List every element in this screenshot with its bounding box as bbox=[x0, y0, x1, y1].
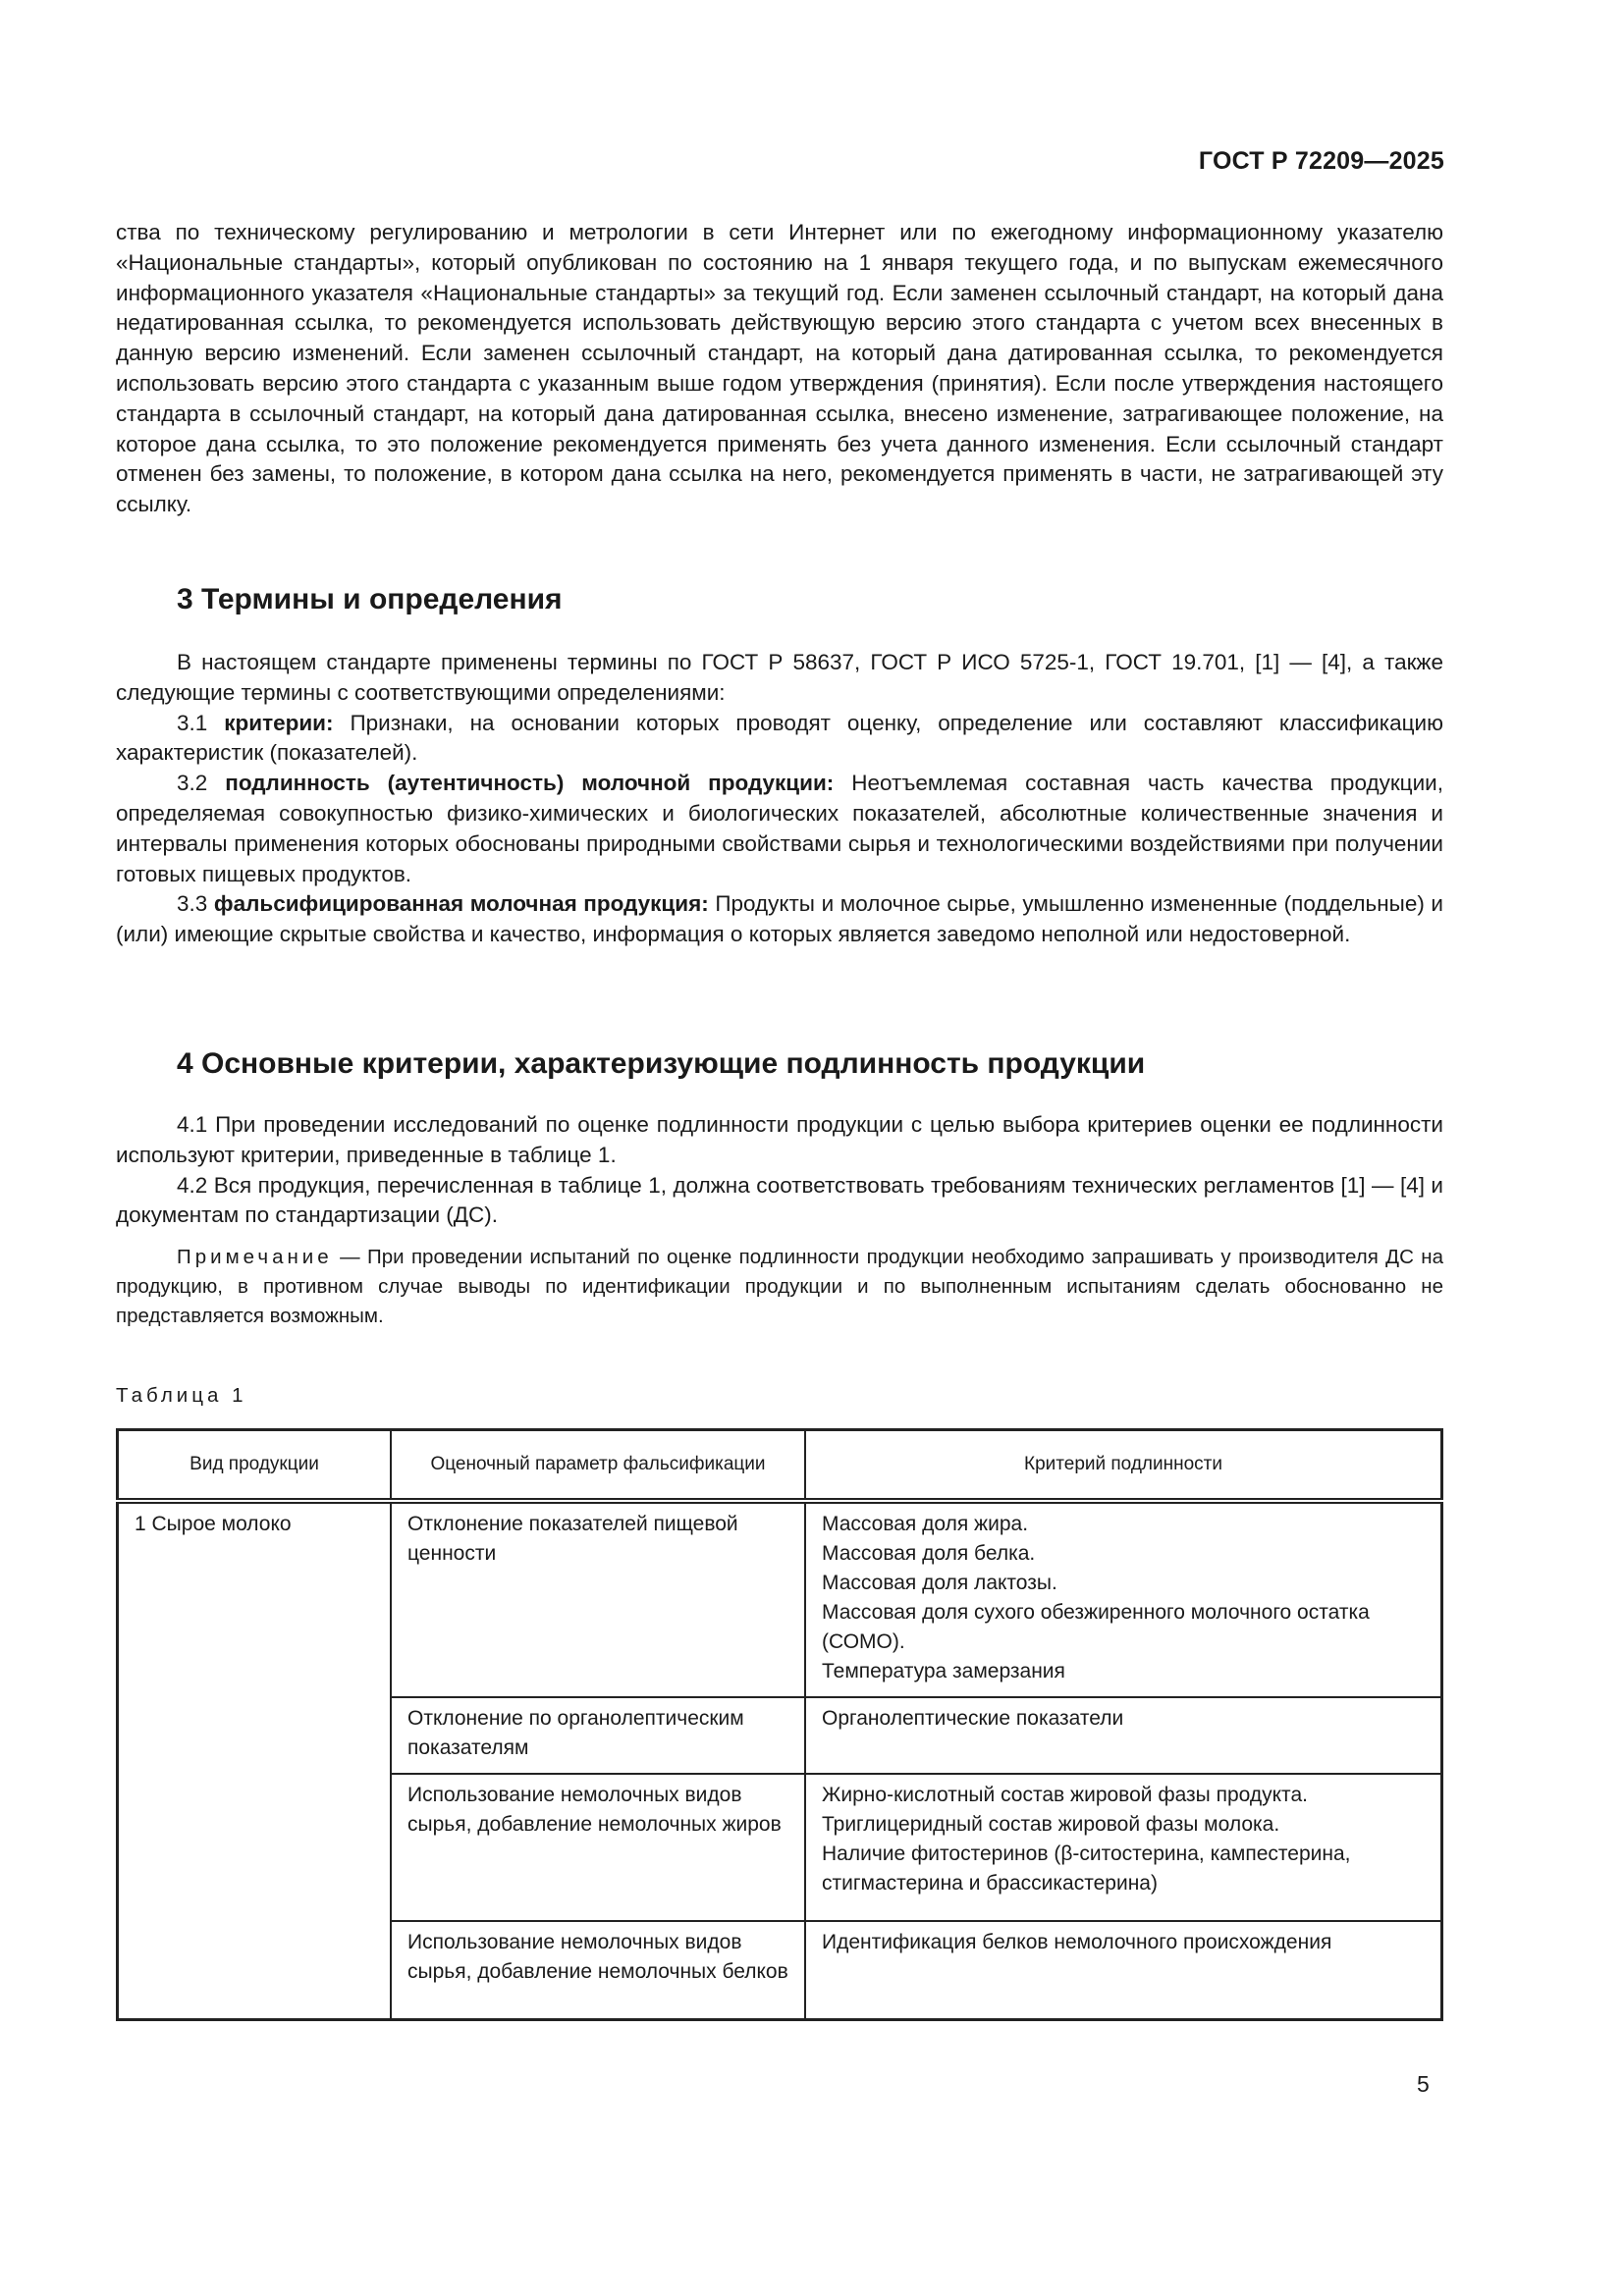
term-number: 3.1 bbox=[177, 711, 207, 735]
table-row: 1 Сырое молоко Отклонение показателей пи… bbox=[118, 1501, 1442, 1697]
note: Примечание — При проведении испытаний по… bbox=[116, 1243, 1443, 1331]
term-number: 3.2 bbox=[177, 771, 207, 795]
section-3-intro: В настоящем стандарте применены термины … bbox=[116, 648, 1443, 709]
table-caption: Таблица 1 bbox=[116, 1384, 246, 1408]
header-falsification-parameter: Оценочный параметр фальсификации bbox=[391, 1430, 805, 1502]
note-label: Примечание bbox=[177, 1246, 333, 1268]
criterion: Массовая доля жира. bbox=[822, 1510, 1425, 1539]
section-4: 4 Основные критерии, характеризующие под… bbox=[116, 1047, 1443, 1331]
parameter-cell: Использование немолочных видов сырья, до… bbox=[391, 1921, 805, 2019]
paragraph-4-2: 4.2 Вся продукция, перечисленная в табли… bbox=[116, 1171, 1443, 1232]
criteria-cell: Органолептические показатели bbox=[805, 1697, 1442, 1774]
product-cell: 1 Сырое молоко bbox=[118, 1501, 392, 2019]
term-number: 3.3 bbox=[177, 891, 207, 916]
criterion: Органолептические показатели bbox=[822, 1704, 1425, 1734]
page-number: 5 bbox=[1417, 2071, 1430, 2098]
table-header-row: Вид продукции Оценочный параметр фальсиф… bbox=[118, 1430, 1442, 1502]
term-name: фальсифицированная молочная продукция: bbox=[214, 891, 709, 916]
paragraph-4-1: 4.1 При проведении исследований по оценк… bbox=[116, 1110, 1443, 1171]
term-name: подлинность (аутентичность) молочной про… bbox=[225, 771, 834, 795]
header-product-type: Вид продукции bbox=[118, 1430, 392, 1502]
criterion: Триглицеридный состав жировой фазы молок… bbox=[822, 1810, 1425, 1840]
parameter-cell: Отклонение по органолептическим показате… bbox=[391, 1697, 805, 1774]
criterion: Идентификация белков немолочного происхо… bbox=[822, 1928, 1425, 1957]
term-name: критерии: bbox=[224, 711, 333, 735]
section-3-title: 3 Термины и определения bbox=[116, 583, 1443, 616]
criterion: Массовая доля лактозы. bbox=[822, 1569, 1425, 1598]
parameter-cell: Использование немолочных видов сырья, до… bbox=[391, 1774, 805, 1921]
parameter-cell: Отклонение показателей пищевой ценности bbox=[391, 1501, 805, 1697]
criterion: Температура замерзания bbox=[822, 1657, 1425, 1686]
criteria-table: Вид продукции Оценочный параметр фальсиф… bbox=[116, 1428, 1443, 2021]
document-code: ГОСТ Р 72209—2025 bbox=[1199, 147, 1444, 176]
term-3-3: 3.3 фальсифицированная молочная продукци… bbox=[116, 889, 1443, 950]
criteria-cell: Жирно-кислотный состав жировой фазы прод… bbox=[805, 1774, 1442, 1921]
criteria-cell: Идентификация белков немолочного происхо… bbox=[805, 1921, 1442, 2019]
header-authenticity-criterion: Критерий подлинности bbox=[805, 1430, 1442, 1502]
criterion: Массовая доля белка. bbox=[822, 1539, 1425, 1569]
criterion: Жирно-кислотный состав жировой фазы прод… bbox=[822, 1781, 1425, 1810]
term-3-1: 3.1 критерии: Признаки, на основании кот… bbox=[116, 709, 1443, 770]
section-3: 3 Термины и определения В настоящем стан… bbox=[116, 583, 1443, 950]
term-3-2: 3.2 подлинность (аутентичность) молочной… bbox=[116, 769, 1443, 889]
intro-paragraph-block: ства по техническому регулированию и мет… bbox=[116, 218, 1443, 520]
criteria-cell: Массовая доля жира. Массовая доля белка.… bbox=[805, 1501, 1442, 1697]
section-4-title: 4 Основные критерии, характеризующие под… bbox=[116, 1047, 1443, 1081]
criterion: Наличие фитостеринов (β-ситостерина, кам… bbox=[822, 1840, 1425, 1898]
criterion: Массовая доля сухого обезжиренного молоч… bbox=[822, 1598, 1425, 1657]
intro-paragraph: ства по техническому регулированию и мет… bbox=[116, 218, 1443, 520]
